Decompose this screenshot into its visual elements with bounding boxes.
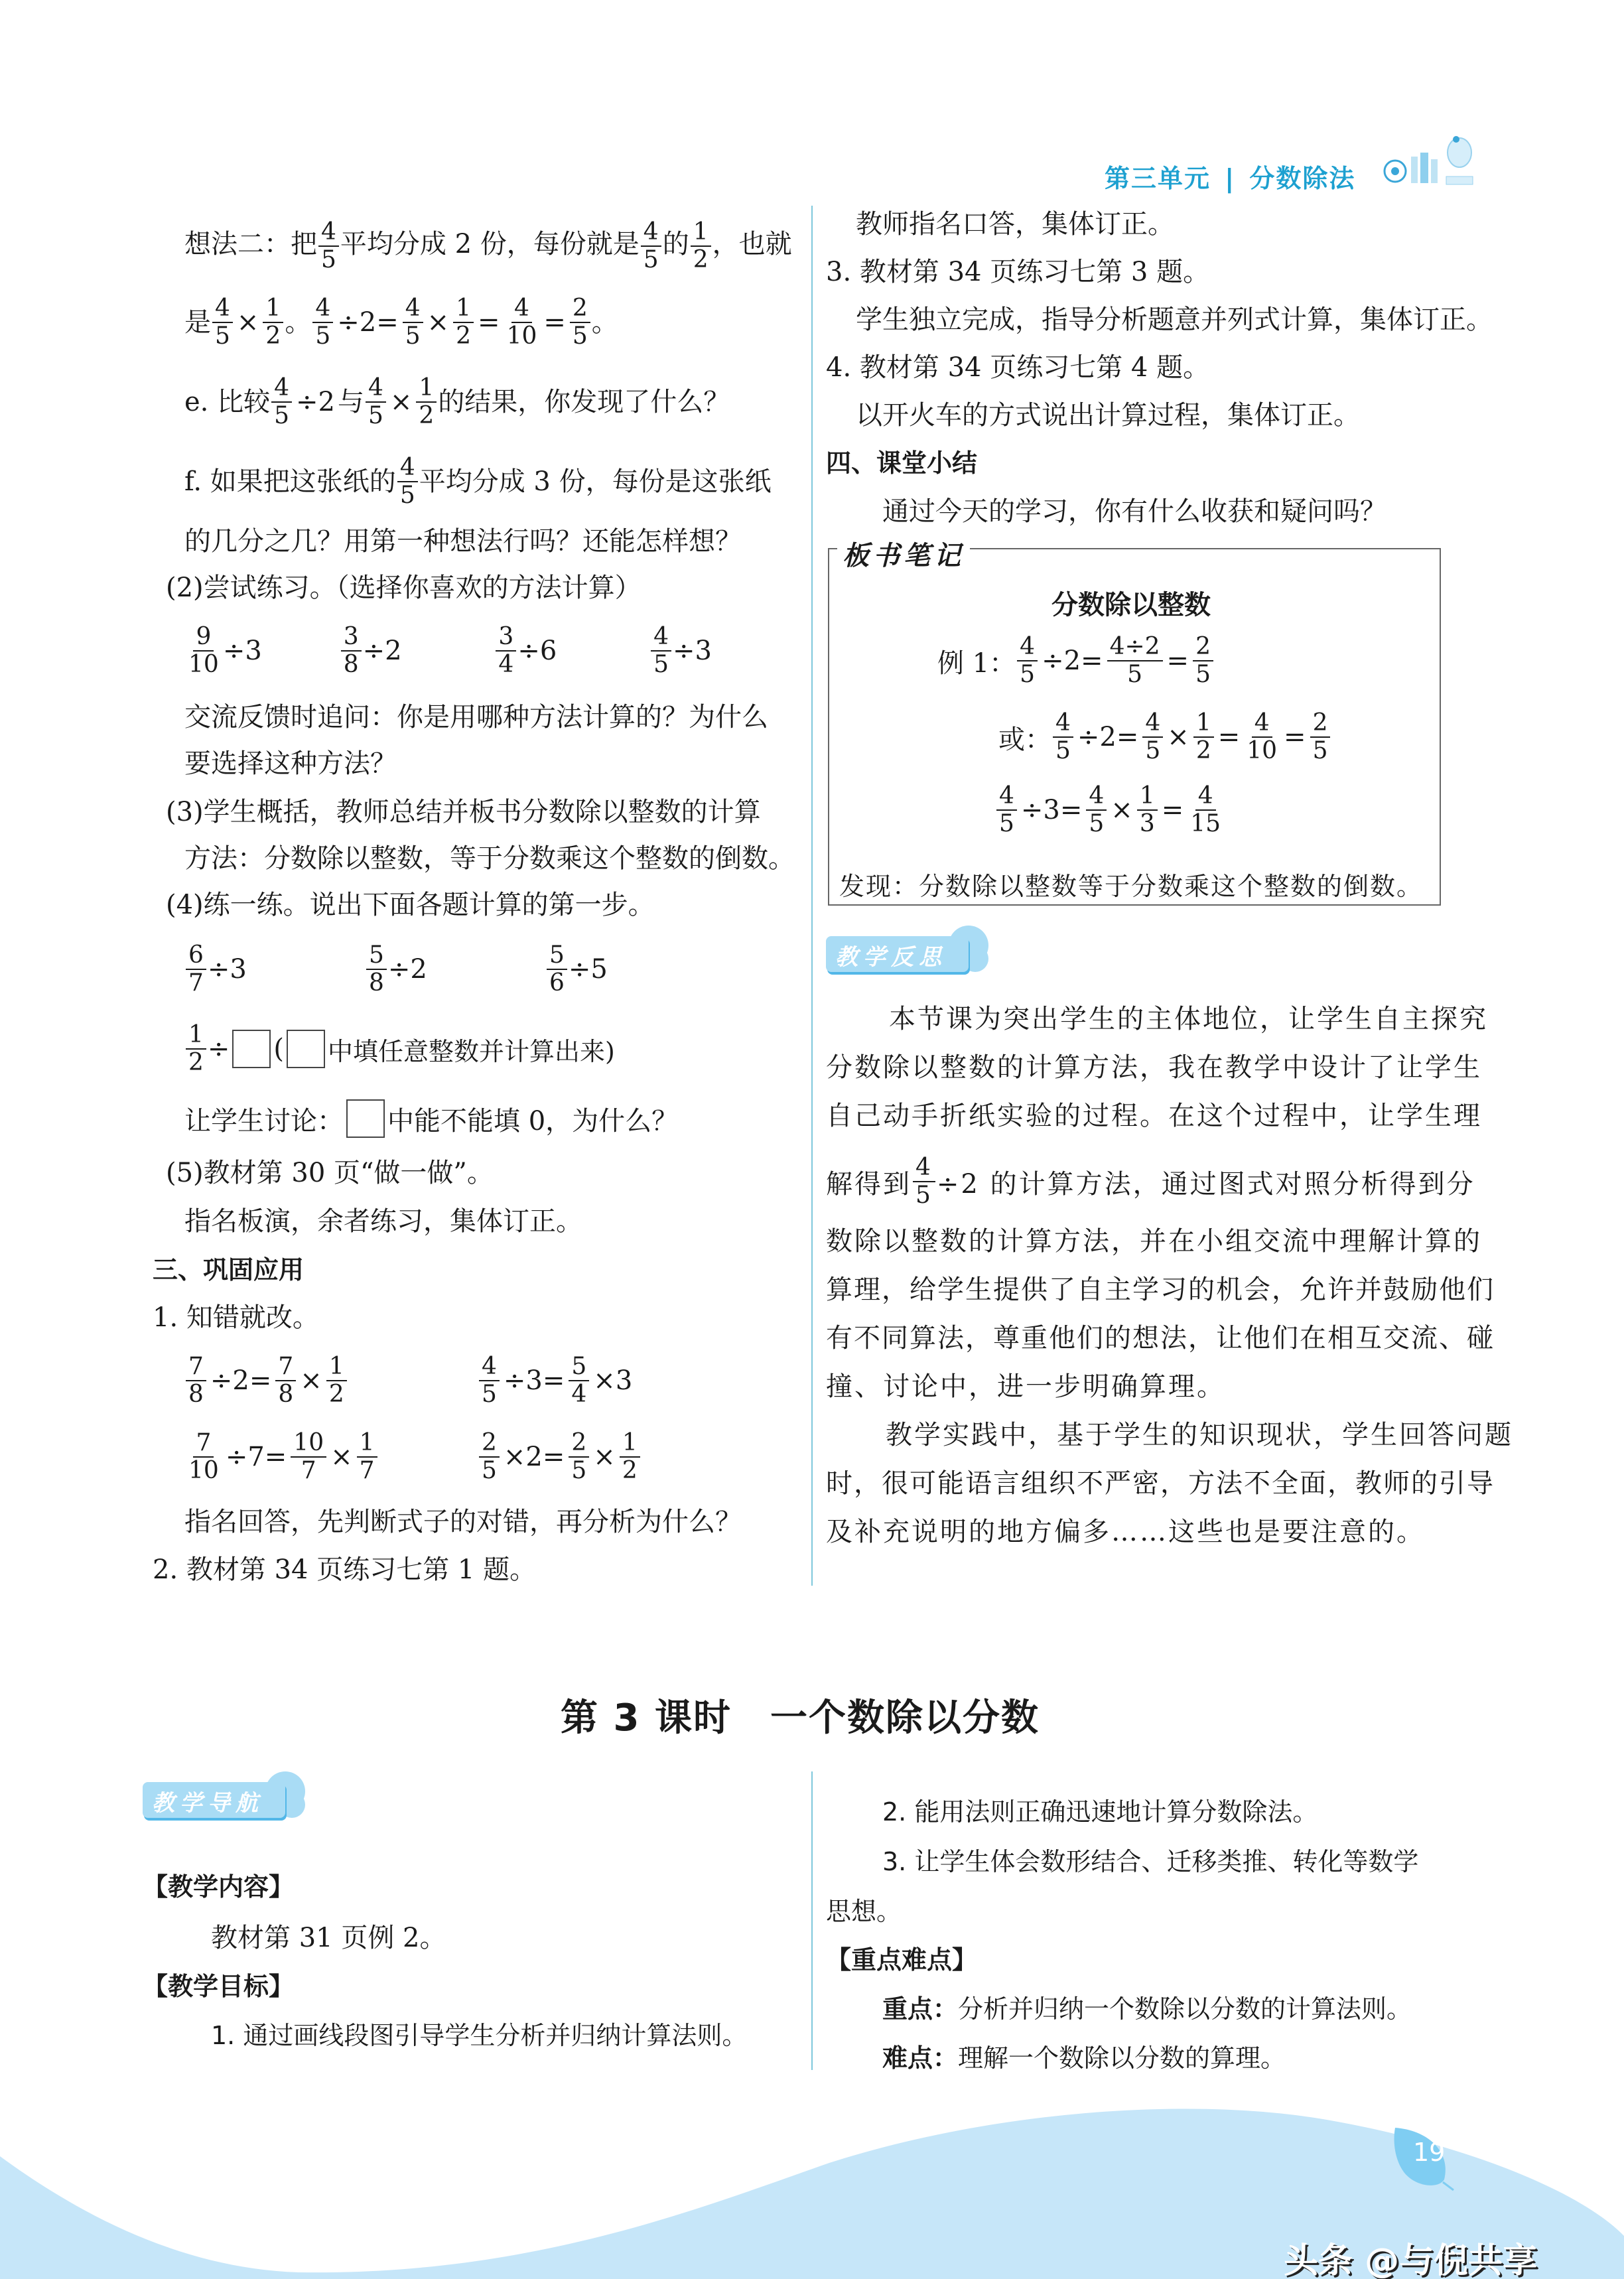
item-5-note: 指名板演，余者练习，集体订正。 — [184, 1204, 582, 1239]
section-3-heading: 三、巩固应用 — [153, 1253, 304, 1287]
idea-two-line-2: 是 45×12。 45÷2=45×12=410=25。 — [184, 295, 618, 350]
header-separator: | — [1225, 164, 1235, 193]
goal-3-line-1: 3. 让学生体会数形结合、迁移类推、转化等数学 — [882, 1844, 1418, 1879]
practice-item: 58÷2 — [365, 942, 545, 997]
key-label: 重点： — [882, 1994, 958, 2024]
watermark: 头条 @与倪共享 — [1284, 2233, 1537, 2279]
summary-line-1: (3)学生概括，教师总结并板书分数除以整数的计算 — [166, 795, 761, 829]
blank-box[interactable] — [346, 1099, 385, 1138]
discuss-line: 让学生讨论： 中能不能填 0，为什么？ — [184, 1099, 678, 1138]
question-4: 4. 教材第 34 页练习七第 4 题。 — [826, 350, 1209, 385]
board-discovery: 发现：分数除以整数等于分数乘这个整数的倒数。 — [839, 866, 1423, 902]
try-item: 34÷6 — [494, 624, 649, 678]
board-example-2: 45÷3=45×13=415 — [995, 783, 1225, 837]
q1-equation-2: 45÷3=54×3 — [478, 1353, 635, 1408]
reflection-badge: 教学反思 — [826, 926, 985, 972]
section-4-heading: 四、课堂小结 — [826, 446, 977, 480]
reflection-p1-line-2: 分数除以整数的计算方法，我在教学中设计了让学生 — [826, 1050, 1482, 1085]
reflection-p2-line-1: 教学实践中，基于学生的知识现状，学生回答问题 — [886, 1418, 1513, 1452]
try-item: 910÷3 — [184, 624, 340, 678]
unit-header: 第三单元 | 分数除法 — [1105, 158, 1355, 194]
reflection-p2-line-3: 及补充说明的地方偏多……这些也是要注意的。 — [826, 1515, 1425, 1549]
column-divider-bottom — [811, 1771, 813, 2070]
try-item: 45÷3 — [649, 624, 781, 678]
lesson-title: 第 3 课时 一个数除以分数 — [561, 1689, 1040, 1742]
board-example-1: 例 1： 45÷2=4÷25=25 — [937, 634, 1215, 688]
reflection-p1-line-7: 有不同算法，尊重他们的想法，让他们在相互交流、碰 — [826, 1321, 1495, 1355]
item-f-line-2: 的几分之几？用第一种想法行吗？还能怎样想？ — [184, 524, 742, 559]
key-text: 分析并归纳一个数除以分数的计算法则。 — [958, 1994, 1412, 2024]
practice-items: 67÷3 58÷2 56÷5 — [184, 942, 781, 997]
content-text: 教材第 31 页例 2。 — [211, 1921, 446, 1955]
reflection-p2-line-2: 时，很可能语言组织不严密，方法不全面，教师的引导 — [826, 1466, 1495, 1501]
reflection-p1-line-8: 撞、讨论中，进一步明确算理。 — [826, 1369, 1225, 1404]
q4-note: 以开火车的方式说出计算过程，集体订正。 — [856, 398, 1360, 433]
page-number: 19 — [1413, 2138, 1445, 2167]
key-point: 重点：分析并归纳一个数除以分数的计算法则。 — [882, 1992, 1412, 2026]
teaching-nav-badge: 教学导航 — [143, 1771, 302, 1818]
feedback-line-2: 要选择这种方法？ — [184, 746, 397, 781]
section-4-text: 通过今天的学习，你有什么收获和疑问吗？ — [882, 494, 1387, 529]
header-illustration-icon — [1383, 133, 1476, 192]
item-5: (5)教材第 30 页“做一做”。 — [166, 1156, 494, 1190]
board-notes-title: 分数除以整数 — [1051, 584, 1211, 622]
practice-heading: (4)练一练。说出下面各题计算的第一步。 — [166, 888, 655, 922]
try-practice-items: 910÷3 38÷2 34÷6 45÷3 — [184, 624, 781, 678]
content-heading: 【教学内容】 — [143, 1870, 294, 1904]
reflection-p1-line-6: 算理，给学生提供了自主学习的机会，允许并鼓励他们 — [826, 1273, 1495, 1307]
q3-note: 学生独立完成，指导分析题意并列式计算，集体订正。 — [856, 303, 1493, 337]
try-item: 38÷2 — [340, 624, 495, 678]
q1-note: 指名回答，先判断式子的对错，再分析为什么？ — [184, 1505, 742, 1539]
board-notes-tag: 板书笔记 — [837, 535, 970, 573]
blank-box[interactable] — [232, 1030, 271, 1068]
feedback-line-1: 交流反馈时追问：你是用哪种方法计算的？为什么 — [184, 700, 768, 734]
key-heading: 【重点难点】 — [826, 1943, 977, 1977]
goal-3-line-2: 思想。 — [826, 1894, 902, 1929]
reflection-p1-line-5: 数除以整数的计算方法，并在小组交流中理解计算的 — [826, 1224, 1482, 1259]
goal-1: 1. 通过画线段图引导学生分析并归纳计算法则。 — [211, 2018, 747, 2053]
goals-heading: 【教学目标】 — [143, 1969, 294, 2004]
item-f-line-1: f. 如果把这张纸的 45 平均分成 3 份，每份是这张纸 — [184, 454, 772, 509]
blank-item: 12 ÷ ( 中填任意整数并计算出来) — [184, 1022, 615, 1076]
q1-equation-1: 78÷2=78×12 — [184, 1353, 348, 1408]
board-example-or: 或： 45÷2=45×12=410=25 — [998, 710, 1331, 764]
practice-item: 56÷5 — [545, 942, 608, 997]
unit-title: 第三单元 — [1105, 164, 1211, 193]
goal-2: 2. 能用法则正确迅速地计算分数除法。 — [882, 1795, 1318, 1829]
summary-line-2: 方法：分数除以整数，等于分数乘这个整数的倒数。 — [184, 841, 795, 876]
q1-equation-4: 25×2=25×12 — [478, 1430, 642, 1484]
practice-item: 67÷3 — [184, 942, 365, 997]
q1-equation-3: 710÷7=107×17 — [184, 1430, 379, 1484]
q2-note: 教师指名口答，集体订正。 — [856, 207, 1174, 242]
unit-topic: 分数除法 — [1249, 164, 1355, 193]
question-1: 1. 知错就改。 — [153, 1300, 319, 1335]
item-e: e. 比较 45÷2 与 45×12 的结果，你发现了什么？ — [184, 375, 730, 429]
question-2: 2. 教材第 34 页练习七第 1 题。 — [153, 1553, 536, 1587]
question-3: 3. 教材第 34 页练习七第 3 题。 — [826, 255, 1209, 289]
idea-two-line-1: 想法二：把45平均分成 2 份，每份就是45的12，也就 — [184, 219, 792, 273]
try-practice-heading: (2)尝试练习。（选择你喜欢的方法计算） — [166, 571, 642, 605]
blank-box[interactable] — [287, 1030, 325, 1068]
column-divider-top — [811, 206, 813, 1586]
reflection-p1-line-3: 自己动手折纸实验的过程。在这个过程中，让学生理 — [826, 1099, 1482, 1133]
reflection-p1-frac-line: 解得到 45 ÷2 的计算方法，通过图式对照分析得到分 — [826, 1154, 1475, 1209]
reflection-p1-line-1: 本节课为突出学生的主体地位，让学生自主探究 — [889, 1002, 1488, 1036]
